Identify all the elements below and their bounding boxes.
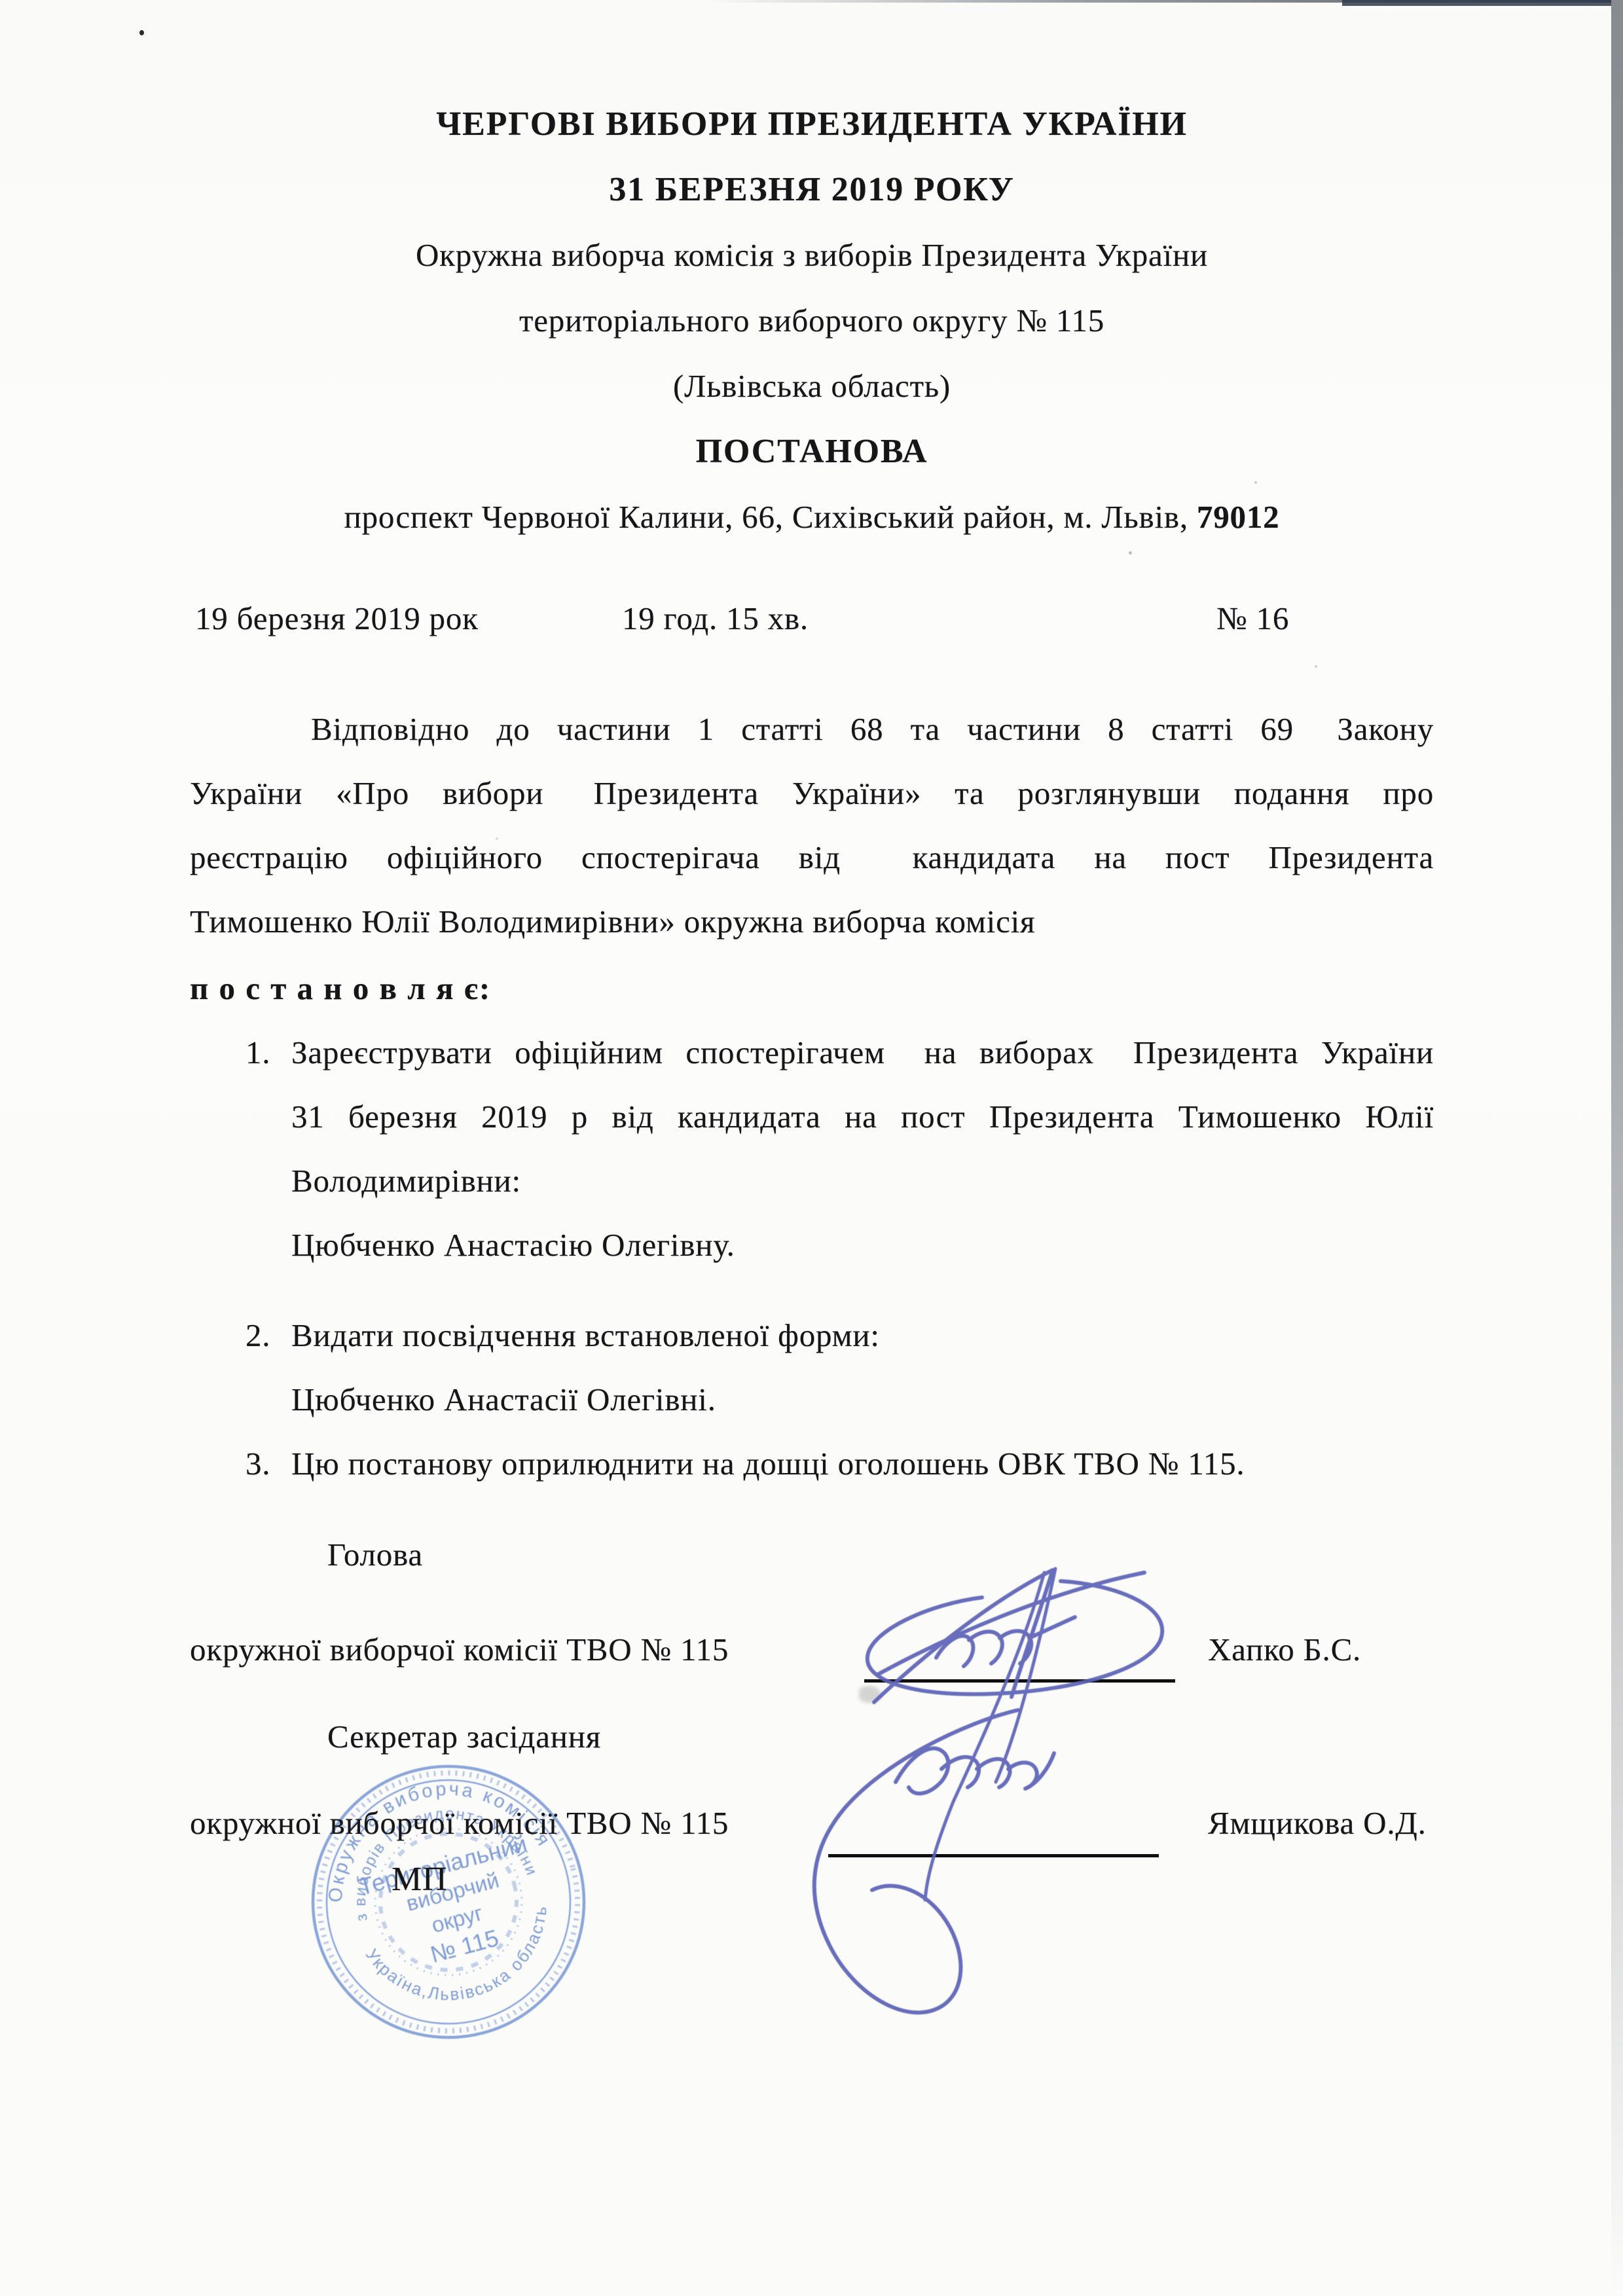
stamp-ring-bottom-text: Україна,Львівська область xyxy=(360,1899,570,2026)
list-item-2: 2. Видати посвідчення встановленої форми… xyxy=(190,1303,1434,1432)
org-line2: територіального виборчого округу № 115 xyxy=(190,288,1434,354)
secretary-signature-line xyxy=(828,1854,1159,1857)
title-line1: ЧЕРГОВІ ВИБОРИ ПРЕЗИДЕНТА УКРАЇНИ xyxy=(190,92,1434,157)
address-zip: 79012 xyxy=(1197,499,1280,535)
secretary-role-line2: окружної виборчої комісії ТВО № 115 xyxy=(190,1805,729,1841)
address-text: проспект Червоної Калини, 66, Сихівський… xyxy=(344,499,1197,535)
secretary-role-line1: Секретар засідання xyxy=(190,1705,1434,1769)
head-role-line2: окружної виборчої комісії ТВО № 115 xyxy=(190,1631,729,1667)
scanned-resolution-document: Окружна виборча комісія з виборів Презид… xyxy=(0,0,1623,2296)
meta-time: 19 год. 15 хв. xyxy=(622,586,809,651)
stamp-place-label: МП xyxy=(190,1848,1434,1912)
region-line: (Львівська область) xyxy=(190,354,1434,419)
document-header: ЧЕРГОВІ ВИБОРИ ПРЕЗИДЕНТА УКРАЇНИ 31 БЕР… xyxy=(190,92,1434,550)
paragraph-line: реєстрацію офіційного спостерігача від к… xyxy=(190,826,1434,890)
scan-edge-right xyxy=(1611,0,1623,2296)
svg-text:Україна,Львівська область: Україна,Львівська область xyxy=(360,1899,570,2026)
list-item-3: 3. Цю постанову оприлюднити на дошці ого… xyxy=(190,1432,1434,1496)
list-item-1: 1. Зареєструвати офіційним спостерігачем… xyxy=(190,1021,1434,1277)
doc-type: ПОСТАНОВА xyxy=(190,419,1434,484)
head-signature-line xyxy=(864,1679,1175,1683)
paragraph-line: Відповідно до частини 1 статті 68 та час… xyxy=(190,697,1434,761)
list-item-line: Володимирівни: xyxy=(291,1149,1434,1213)
list-item-2-number: 2. xyxy=(246,1303,270,1368)
secretary-signature-row: окружної виборчої комісії ТВО № 115 Ямщи… xyxy=(190,1791,1434,1855)
paragraph-line: України «Про вибори Президента України» … xyxy=(190,761,1434,826)
address-line: проспект Червоної Калини, 66, Сихівський… xyxy=(190,484,1434,550)
list-item-line: Зареєструвати офіційним спостерігачем на… xyxy=(291,1021,1434,1085)
resolves-line: п о с т а н о в л я є: xyxy=(190,957,1434,1021)
list-item-line: Цюбченко Анастасію Олегівну. xyxy=(291,1213,1434,1277)
head-signature-row: окружної виборчої комісії ТВО № 115 Хапк… xyxy=(190,1618,1434,1682)
list-item-line: Цю постанову оприлюднити на дошці оголош… xyxy=(291,1432,1434,1496)
list-item-line: Цюбченко Анастасії Олегівні. xyxy=(291,1368,1434,1432)
list-item-line: Видати посвідчення встановленої форми: xyxy=(291,1303,1434,1368)
secretary-name: Ямщикова О.Д. xyxy=(1208,1791,1427,1855)
meta-number: № 16 xyxy=(1216,586,1289,651)
head-name: Хапко Б.С. xyxy=(1208,1618,1361,1682)
head-role-line1: Голова xyxy=(190,1523,1434,1587)
stamp-center-line4: № 115 xyxy=(428,1924,501,1968)
preamble-paragraph: Відповідно до частини 1 статті 68 та час… xyxy=(190,697,1434,954)
paragraph-line: Тимошенко Юлії Володимирівни» окружна ви… xyxy=(190,890,1434,954)
list-item-line: 31 березня 2019 р від кандидата на пост … xyxy=(291,1085,1434,1149)
org-line1: Окружна виборча комісія з виборів Презид… xyxy=(190,223,1434,288)
document-content: ЧЕРГОВІ ВИБОРИ ПРЕЗИДЕНТА УКРАЇНИ 31 БЕР… xyxy=(190,0,1434,1912)
list-item-3-number: 3. xyxy=(246,1432,270,1496)
list-item-1-number: 1. xyxy=(246,1021,270,1085)
meta-date: 19 березня 2019 рок xyxy=(195,586,479,651)
meta-row: 19 березня 2019 рок 19 год. 15 хв. № 16 xyxy=(190,586,1434,651)
scan-speck xyxy=(139,30,144,35)
title-line2: 31 БЕРЕЗНЯ 2019 РОКУ xyxy=(190,157,1434,223)
